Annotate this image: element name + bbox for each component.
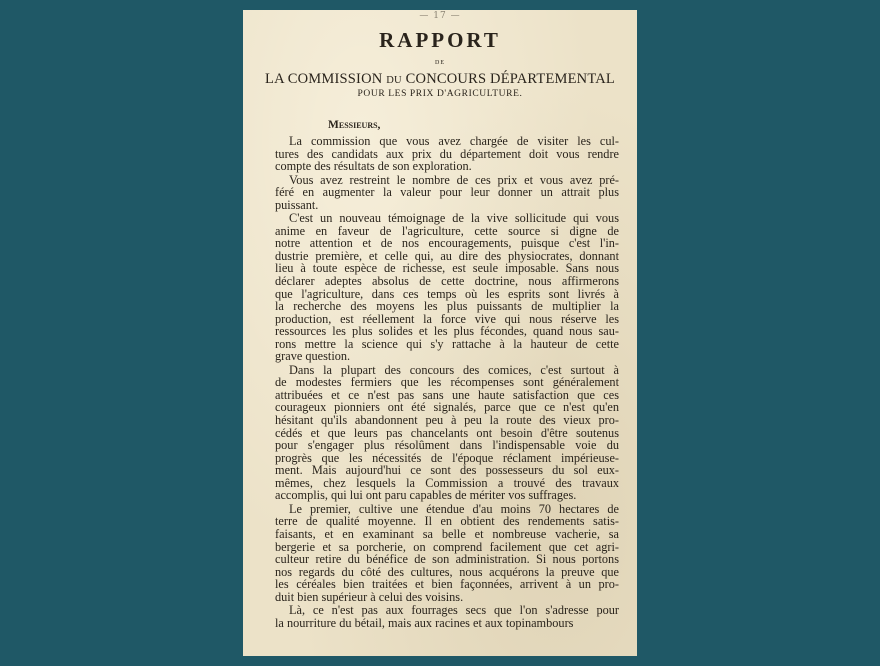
text-line: les céréales bien traitées et bien façon… xyxy=(275,578,619,591)
text-line: pour s'engager plus résolûment dans l'in… xyxy=(275,439,619,452)
text-line: puissant. xyxy=(275,199,619,212)
text-line: la nourriture du bétail, mais aux racine… xyxy=(275,617,619,630)
text-line: compte des résultats de son exploration. xyxy=(275,160,619,173)
text-line: faisants, et en examinant sa belle et no… xyxy=(275,528,619,541)
text-line: La commission que vous avez chargée de v… xyxy=(275,135,619,148)
paragraph: Dans la plupart des concours des comices… xyxy=(275,364,619,502)
subtitle-part-c: CONCOURS DÉPARTEMENTAL xyxy=(406,71,615,87)
text-line: culteur retire du bénéfice de son admini… xyxy=(275,553,619,566)
text-line: hésitant qu'ils abandonnent peu à peu la… xyxy=(275,414,619,427)
document-page: — 17 — RAPPORT DE LA COMMISSION DU CONCO… xyxy=(243,10,637,656)
subtitle-line-2: POUR LES PRIX D'AGRICULTURE. xyxy=(243,89,637,99)
text-line: C'est un nouveau témoignage de la vive s… xyxy=(275,212,619,225)
text-line: accomplis, qui lui ont paru capables de … xyxy=(275,489,619,502)
paragraph: Vous avez restreint le nombre de ces pri… xyxy=(275,174,619,212)
text-line: ment. Mais aujourd'hui ce sont des posse… xyxy=(275,464,619,477)
text-line: duit bien supérieur à celui des voisins. xyxy=(275,591,619,604)
title-connector: DE xyxy=(243,60,637,66)
text-line: ressources les plus solides et les plus … xyxy=(275,325,619,338)
text-line: féré en augmenter la valeur pour leur do… xyxy=(275,186,619,199)
subtitle-part-a: LA COMMISSION xyxy=(265,71,382,87)
page-number: — 17 — xyxy=(243,11,637,21)
text-line: déclarer adeptes absolus de cette doctri… xyxy=(275,275,619,288)
text-line: Là, ce n'est pas aux fourrages secs que … xyxy=(275,604,619,617)
body-text: La commission que vous avez chargée de v… xyxy=(275,135,619,630)
paragraph: La commission que vous avez chargée de v… xyxy=(275,135,619,173)
salutation: Messieurs, xyxy=(328,119,380,131)
document-title: RAPPORT xyxy=(243,28,637,53)
subtitle-line-1: LA COMMISSION DU CONCOURS DÉPARTEMENTAL xyxy=(243,71,637,88)
paragraph: Là, ce n'est pas aux fourrages secs que … xyxy=(275,604,619,629)
text-line: la recherche des moyens les plus puissan… xyxy=(275,300,619,313)
paragraph: C'est un nouveau témoignage de la vive s… xyxy=(275,212,619,363)
paragraph: Le premier, cultive une étendue d'au moi… xyxy=(275,503,619,603)
text-line: grave question. xyxy=(275,350,619,363)
subtitle-part-b: DU xyxy=(386,75,402,86)
